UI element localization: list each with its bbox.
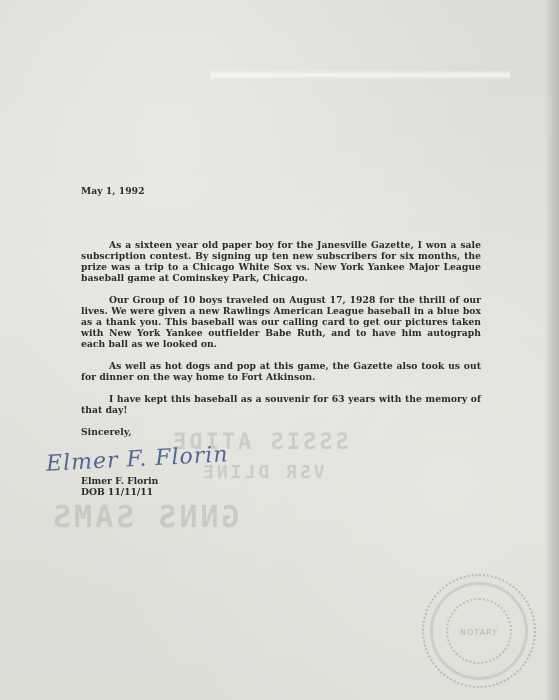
signer-dob: DOB 11/11/11 (81, 487, 158, 498)
paragraph: Our Group of 10 boys traveled on August … (81, 295, 481, 350)
seal-text: NOTARY (448, 628, 510, 637)
letter-page: SSSIS ATIDE VSR DLINE GNNS SAMS May 1, 1… (0, 0, 559, 700)
paragraph: As well as hot dogs and pop at this game… (81, 361, 481, 383)
paper-edge-shadow (545, 0, 559, 700)
paragraph: As a sixteen year old paper boy for the … (81, 240, 481, 284)
signature-block: Elmer F. Florin DOB 11/11/11 (81, 476, 158, 498)
closing: Sincerely, (81, 427, 481, 438)
seal-inner-ring: NOTARY (446, 598, 512, 664)
signer-name: Elmer F. Florin (81, 476, 158, 487)
notary-seal-emboss: NOTARY (422, 574, 536, 688)
paper-crease (210, 70, 510, 80)
paragraph: I have kept this baseball as a souvenir … (81, 394, 481, 416)
letter-date: May 1, 1992 (81, 186, 481, 197)
bleed-through-text: GNNS SAMS (50, 500, 240, 535)
letter-body: May 1, 1992 As a sixteen year old paper … (81, 186, 481, 438)
